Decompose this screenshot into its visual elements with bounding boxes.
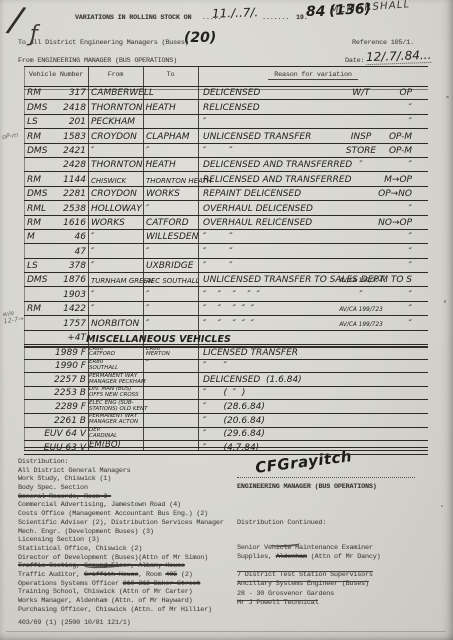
col-header-from: From [88,71,143,79]
status-code: M TO S [352,275,412,285]
vehicle-number: 1757 [42,319,86,329]
reason-text: DELICENSED (1.6.84) [203,375,302,385]
to-garage: WORKS [146,189,180,199]
to-garage: AEC SOUTHALL [146,277,200,285]
scanned-document-page: / ƒ McMARSHALL VARIATIONS IN ROLLING STO… [0,0,453,640]
distribution-item: General Records, Room 3- [18,485,248,494]
from-location: ER80CATFORD [89,347,145,359]
table-row: RML 2538 HOLLOWAY ″ OVERHAUL DELICENSED … [24,201,428,215]
to-garage: CATFORD [146,218,189,228]
signature-line [237,462,415,478]
reason-text: ″ ″ [203,232,233,242]
from-garage: NORBITON [91,319,139,329]
margin-note-week: w/e12-7→ [2,309,24,325]
to-line: To All District Engineering Managers (Bu… [18,39,189,47]
vehicle-number: 201 [42,117,86,127]
vehicle-class: RM [27,304,41,314]
from-garage: CROYDON [91,132,137,142]
from-garage: THORNTON HEATH [91,103,176,113]
distribution-item: Ancillary Systems Engineer (Buses) [237,572,369,582]
table-row: DMS 2421 ″ ″ ″ ″ STORE OP-M [24,144,428,158]
distribution-item: Costs Office (Management Accountant Bus … [18,502,248,511]
table-body: RM 317 CAMBERWELL DELICENSED W/T OP DMS … [24,86,428,345]
status-code: OP-M [352,146,412,156]
margin-note-opm: oP-m [2,132,19,141]
reason-text: REPAINT DELICENSED [203,189,301,199]
misc-table-row: EUV 64 V DEP.CARDINAL ″ (29.6.84) [24,428,428,442]
to-garage: ″ [146,304,149,314]
table-header-row: Vehicle Number From To Reason for variat… [24,66,428,87]
misc-table-row: 2253 B DIV. MAN (BUS)OFFS NEW CROSS ″ ( … [24,387,428,401]
distribution-item: Mr J Powell Technical [237,591,318,601]
reason-text: ″ ″ [203,361,227,371]
col-header-reason: Reason for variation [198,71,428,79]
from-garage: CHISWICK [91,177,126,185]
vehicle-number: 2261 B [30,416,86,426]
distribution-item: Operations Systems Officer 210-212 Baker… [18,572,248,581]
distribution-item: Traffic Costing, Ground Floor, Albany Ho… [18,554,248,563]
table-row: RM 317 CAMBERWELL DELICENSED W/T OP [24,86,428,100]
table-row: DMS 2281 CROYDON WORKS REPAINT DELICENSE… [24,187,428,201]
to-garage: ″ [146,319,149,329]
status-code: ″ [352,304,412,314]
reason-text: OVERHAUL RELICENSED [203,218,312,228]
form-number: 403/69 (1) (2500 10/81 121/1) [18,619,131,627]
from-location: DEP.CARDINAL [89,428,145,440]
scan-speck [446,96,449,98]
distribution-item: Senior Vehicle Maintenance Examiner [237,536,437,545]
vehicle-number: 1989 F [30,348,86,358]
distribution-item: Scientific Adviser (2), Distribution Ser… [18,511,248,520]
from-line: From ENGINEERING MANAGER (BUS OPERATIONS… [18,57,177,65]
reason-text: ″ ( ″ ) [203,388,245,398]
status-code: ″ [352,117,412,127]
to-garage: ″ [146,204,149,214]
vehicle-number: 378 [42,261,86,271]
from-garage: ″ [91,146,94,156]
vehicle-number: 2538 [42,204,86,214]
distribution-item: 7 District Test Station Supervisors [237,563,373,573]
reason-text: ″ (29.6.84) [203,429,265,439]
vehicle-number: 2428 [42,160,86,170]
table-row: 2428 THORNTON HEATH ″ DELICENSED AND TRA… [24,158,428,172]
reason-text: ″ (28.6.84) [203,402,265,412]
status-code: ″ [352,232,412,242]
from-garage: ″ [91,290,94,300]
table-row: RM 1422 ″ ″ ″ ″ ″ ″ ″ AV/CA 199/723 ″ [24,302,428,316]
vehicle-number: 2257 B [30,375,86,385]
distribution-item: Traffic Auditor, Griffith House, Room 40… [18,563,248,572]
reason-text: UNLICENSED TRANSFER [203,132,311,142]
from-garage: THORNTON HEATH [91,160,176,170]
reason-text: OVERHAUL DELICENSED [203,204,313,214]
handwritten-count: (136) [329,1,372,19]
vehicle-number: 1616 [42,218,86,228]
vehicle-number: EUV 64 V [30,429,86,439]
reason-text: ″ ″ [203,261,233,271]
title-dots-2: ....... [262,14,289,22]
distribution-item: Commercial Advertising, Jamestown Road (… [18,493,248,502]
to-garage: UXBRIDGE [146,261,193,271]
vehicle-number: 46 [42,232,86,242]
distribution-continued-list: Senior Vehicle Maintenance Examiner Supp… [237,536,437,601]
from-garage: ″ [91,304,94,314]
date-label: Date: [345,57,364,65]
table-row: 1903 ″ ″ ″ ″ ″ ″ ″ ″ ″ [24,287,428,301]
distribution-item: Purchasing Officer, Chiswick (Attn. of M… [18,598,248,607]
table-row: M 46 ″ WILLESDEN ″ ″ ″ [24,230,428,244]
from-location: ELEC ENG (SUB-STATIONS) OLD KENT [89,401,145,413]
vehicle-number: +4T [42,333,86,343]
from-garage: HOLLOWAY [91,204,142,214]
from-location: ER80SOUTHALL [89,360,145,372]
from-location: PERMANENT WAYMANAGER PECKHAM [89,374,145,386]
reason-text: ″ ″ [203,247,233,257]
to-location: ″ [146,362,200,368]
vehicle-number: 2281 [42,189,86,199]
reason-text: ″ ″ [203,146,233,156]
document-title: VARIATIONS IN ROLLING STOCK ON [75,14,191,22]
vehicle-class: M [27,232,35,242]
col-header-vehicle: Vehicle Number [24,71,88,79]
table-row: 47 ″ ″ ″ ″ ″ [24,244,428,258]
from-garage: CAMBERWELL [91,88,154,98]
to-garage: ″ [146,290,149,300]
handwritten-to-count: (20) [184,30,216,46]
from-garage: WORKS [91,218,125,228]
vehicle-class: RM [27,88,41,98]
status-code: ″ [352,290,412,300]
vehicle-number: 2418 [42,103,86,113]
col-header-to: To [143,71,198,79]
reason-text: RELICENSED [203,103,260,113]
status-code: ″ [352,319,412,329]
vehicle-number: 317 [42,88,86,98]
from-garage: ″ [91,232,94,242]
to-garage: ″ [146,160,149,170]
distribution-item: Body Spec. Section [18,476,248,485]
reason-text: LICENSED TRANSFER [203,348,298,358]
table-row: +4T [24,331,428,345]
to-garage: ″ [146,146,149,156]
table-row: DMS 2418 THORNTON HEATH RELICENSED ″ [24,100,428,114]
status-code: ″ [352,247,412,257]
vehicle-class: LS [27,117,38,127]
distribution-continued-label: Distribution Continued: [237,519,326,527]
from-garage: ″ [91,261,94,271]
distribution-list: Distribution: All District General Manag… [18,450,248,606]
from-garage: CROYDON [91,189,137,199]
table-row: LS 378 ″ UXBRIDGE ″ ″ ″ [24,259,428,273]
distribution-item: Training School, Chiswick (Attn of Mr Ca… [18,580,248,589]
vehicle-number: EUU 63 V [30,443,86,453]
status-code: OP→NO [352,189,412,199]
from-garage: TURNHAM GREEN [91,277,153,285]
table-row: RM 1144 CHISWICK THORNTON HEATH RELICENS… [24,172,428,186]
to-garage: ″ [146,247,149,257]
misc-table-row: 2289 F ELEC ENG (SUB-STATIONS) OLD KENT … [24,400,428,414]
status-code: ″ [352,261,412,271]
distribution-item: Statistical Office, Chiswick (2) [18,537,248,546]
distribution-item: Director of Development (Buses)(Attn of … [18,546,248,555]
vehicle-number: 2253 B [30,388,86,398]
misc-table-row: 1989 F ER80CATFORD ER80MERTON LICENSED T… [24,346,428,360]
from-location: DIV. MAN (BUS)OFFS NEW CROSS [89,387,145,399]
status-code: OP [352,88,412,98]
table-row: 1757 NORBITON ″ ″ ″ ″ ″ ″ AV/CA 199/723 … [24,316,428,330]
vehicle-number: 47 [42,247,86,257]
status-code: ″ [352,160,412,170]
reason-text: ″ [203,117,206,127]
vehicle-number: 1903 [42,290,86,300]
table-row: LS 201 PECKHAM ″ ″ [24,115,428,129]
table-row: RM 1616 WORKS CATFORD OVERHAUL RELICENSE… [24,216,428,230]
distribution-item: Work Study, Chiswick (1) [18,467,248,476]
to-garage: WILLESDEN [146,232,198,242]
status-code: ″ [352,103,412,113]
table-row: DMS 1876 TURNHAM GREEN AEC SOUTHALL UNLI… [24,273,428,287]
misc-table-row: 1990 F ER80SOUTHALL ″ ″ ″ [24,360,428,374]
vehicle-number: 1583 [42,132,86,142]
table-row: RM 1583 CROYDON CLAPHAM UNLICENSED TRANS… [24,129,428,143]
scan-artifact-line [6,631,446,632]
reason-text: ″ (20.6.84) [203,416,265,426]
reference-number: Reference 105/1. [352,39,414,47]
status-code: ″ [352,204,412,214]
status-code: NO→OP [352,218,412,228]
misc-table-row: 2261 B PERMANENT WAYMANAGER ACTON ″ (20.… [24,414,428,428]
distribution-item: Supplies, Aldenham (Attn of Mr Dancy) [237,545,437,554]
reason-text: ″ ″ ″ ″ ″ [203,319,254,329]
signer-title: ENGINEERING MANAGER (BUS OPERATIONS) [237,483,377,491]
misc-table-row: 2257 B PERMANENT WAYMANAGER PECKHAM DELI… [24,373,428,387]
vehicle-class: RM [27,132,41,142]
reason-text: ″ ″ ″ ″ ″ [203,290,260,300]
vehicle-class: LS [27,261,38,271]
scan-speck [444,300,446,303]
from-garage: PECKHAM [91,117,135,127]
to-garage: CLAPHAM [146,132,190,142]
handwritten-year: 84 [306,4,325,20]
vehicle-number: 1422 [42,304,86,314]
vehicle-number: 1144 [42,175,86,185]
vehicle-class: RM [27,175,41,185]
status-code: OP-M [352,132,412,142]
misc-table-row: EUU 63 V EM(BO) ″ (4.7.84) [24,441,428,455]
handwritten-date-value: 12/.7/.84... [366,48,432,65]
reason-text: ″ (4.7.84) [203,443,259,453]
from-location: PERMANENT WAYMANAGER ACTON [89,414,145,426]
to-location: ER80MERTON [146,347,200,359]
handwritten-date: 11./..7/. [212,5,259,21]
vehicle-class: RM [27,218,41,228]
from-location: EM(BO) [89,443,145,449]
pen-slash-mark: / [7,0,24,41]
vehicle-number: 2421 [42,146,86,156]
reason-text: ″ ″ ″ ″ ″ [203,304,254,314]
reason-text: DELICENSED [203,88,260,98]
from-garage: ″ [91,247,94,257]
vehicle-number: 1876 [42,275,86,285]
reason-text: RELICENSED AND TRANSFERRED [203,175,352,185]
variations-table: Vehicle Number From To Reason for variat… [24,66,428,451]
distribution-item: Works Manager, Aldenham (Attn. of Mr Hay… [18,589,248,598]
vehicle-number: 1990 F [30,361,86,371]
vehicle-number: 2289 F [30,402,86,412]
scan-speck [441,505,443,507]
status-code: M→OP [352,175,412,185]
misc-table-body: 1989 F ER80CATFORD ER80MERTON LICENSED T… [24,346,428,455]
distribution-item: All District General Managers [18,459,248,468]
